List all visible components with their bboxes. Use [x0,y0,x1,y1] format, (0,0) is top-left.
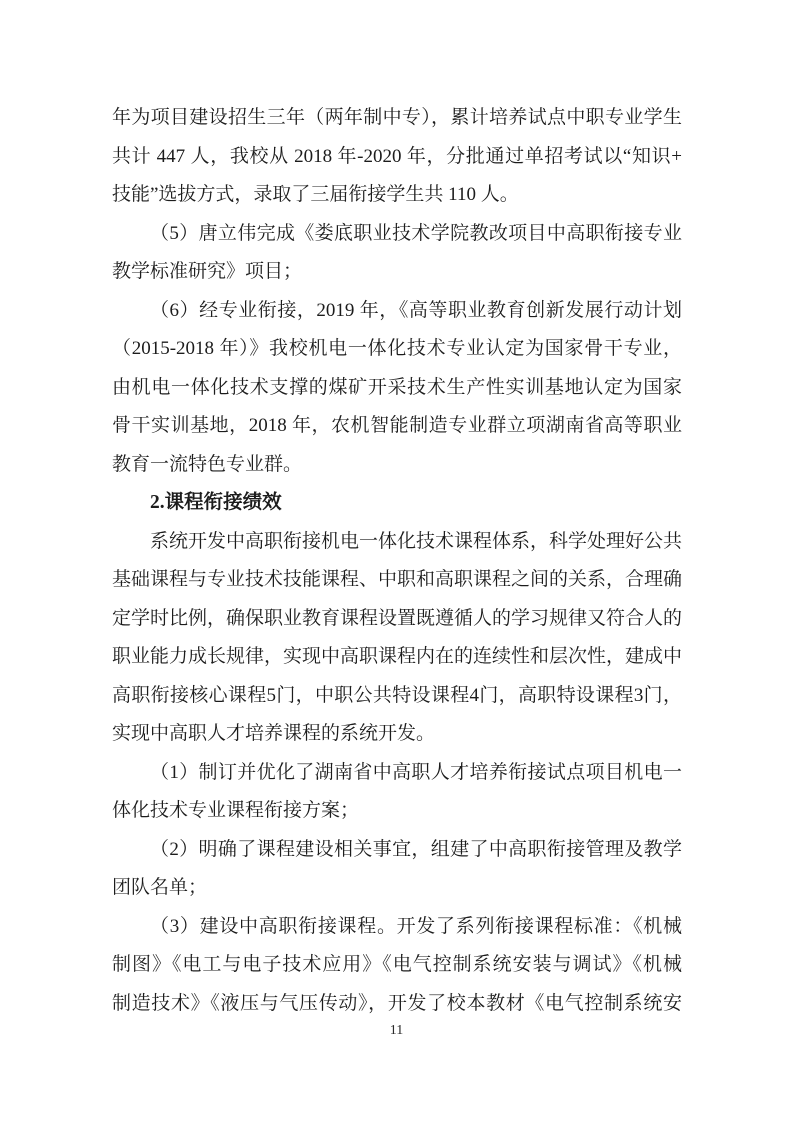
text-line: 由机电一体化技术支撑的煤矿开采技术生产性实训基地认定为国家 [112,369,682,408]
text-line: （2015-2018 年）》我校机电一体化技术专业认定为国家骨干专业， [112,330,682,369]
text-line: 骨干实训基地，2018 年，农机智能制造专业群立项湖南省高等职业 [112,407,682,446]
text-line: 高职衔接核心课程5门，中职公共特设课程4门，高职特设课程3门， [112,677,682,716]
text-block: 年为项目建设招生三年（两年制中专），累计培养试点中职专业学生共计 447 人，我… [112,99,682,1023]
text-line: 教育一流特色专业群。 [112,446,682,485]
text-line: （5）唐立伟完成《娄底职业技术学院教改项目中高职衔接专业 [112,215,682,254]
text-line: 教学标准研究》项目； [112,253,682,292]
text-line: （3）建设中高职衔接课程。开发了系列衔接课程标准：《机械 [112,908,682,947]
text-line: 职业能力成长规律，实现中高职课程内在的连续性和层次性，建成中 [112,638,682,677]
text-line: 技能”选拔方式，录取了三届衔接学生共 110 人。 [112,176,682,215]
text-line: 系统开发中高职衔接机电一体化技术课程体系，科学处理好公共 [112,523,682,562]
page-number: 11 [0,1021,793,1041]
text-line: 实现中高职人才培养课程的系统开发。 [112,715,682,754]
text-line: 年为项目建设招生三年（两年制中专），累计培养试点中职专业学生 [112,99,682,138]
text-line: （1）制订并优化了湖南省中高职人才培养衔接试点项目机电一 [112,754,682,793]
text-line: 制造技术》《液压与气压传动》，开发了校本教材《电气控制系统安 [112,985,682,1024]
text-line: 体化技术专业课程衔接方案； [112,792,682,831]
text-line: （6）经专业衔接，2019 年，《高等职业教育创新发展行动计划 [112,292,682,331]
text-line: 定学时比例，确保职业教育课程设置既遵循人的学习规律又符合人的 [112,600,682,639]
text-line: 团队名单； [112,869,682,908]
document-page: 年为项目建设招生三年（两年制中专），累计培养试点中职专业学生共计 447 人，我… [0,0,793,1122]
text-line: 基础课程与专业技术技能课程、中职和高职课程之间的关系，合理确 [112,561,682,600]
text-line: （2）明确了课程建设相关事宜，组建了中高职衔接管理及教学 [112,831,682,870]
text-line: 制图》《电工与电子技术应用》《电气控制系统安装与调试》《机械 [112,946,682,985]
text-line: 共计 447 人，我校从 2018 年-2020 年，分批通过单招考试以“知识+ [112,138,682,177]
section-heading: 2.课程衔接绩效 [112,484,682,523]
